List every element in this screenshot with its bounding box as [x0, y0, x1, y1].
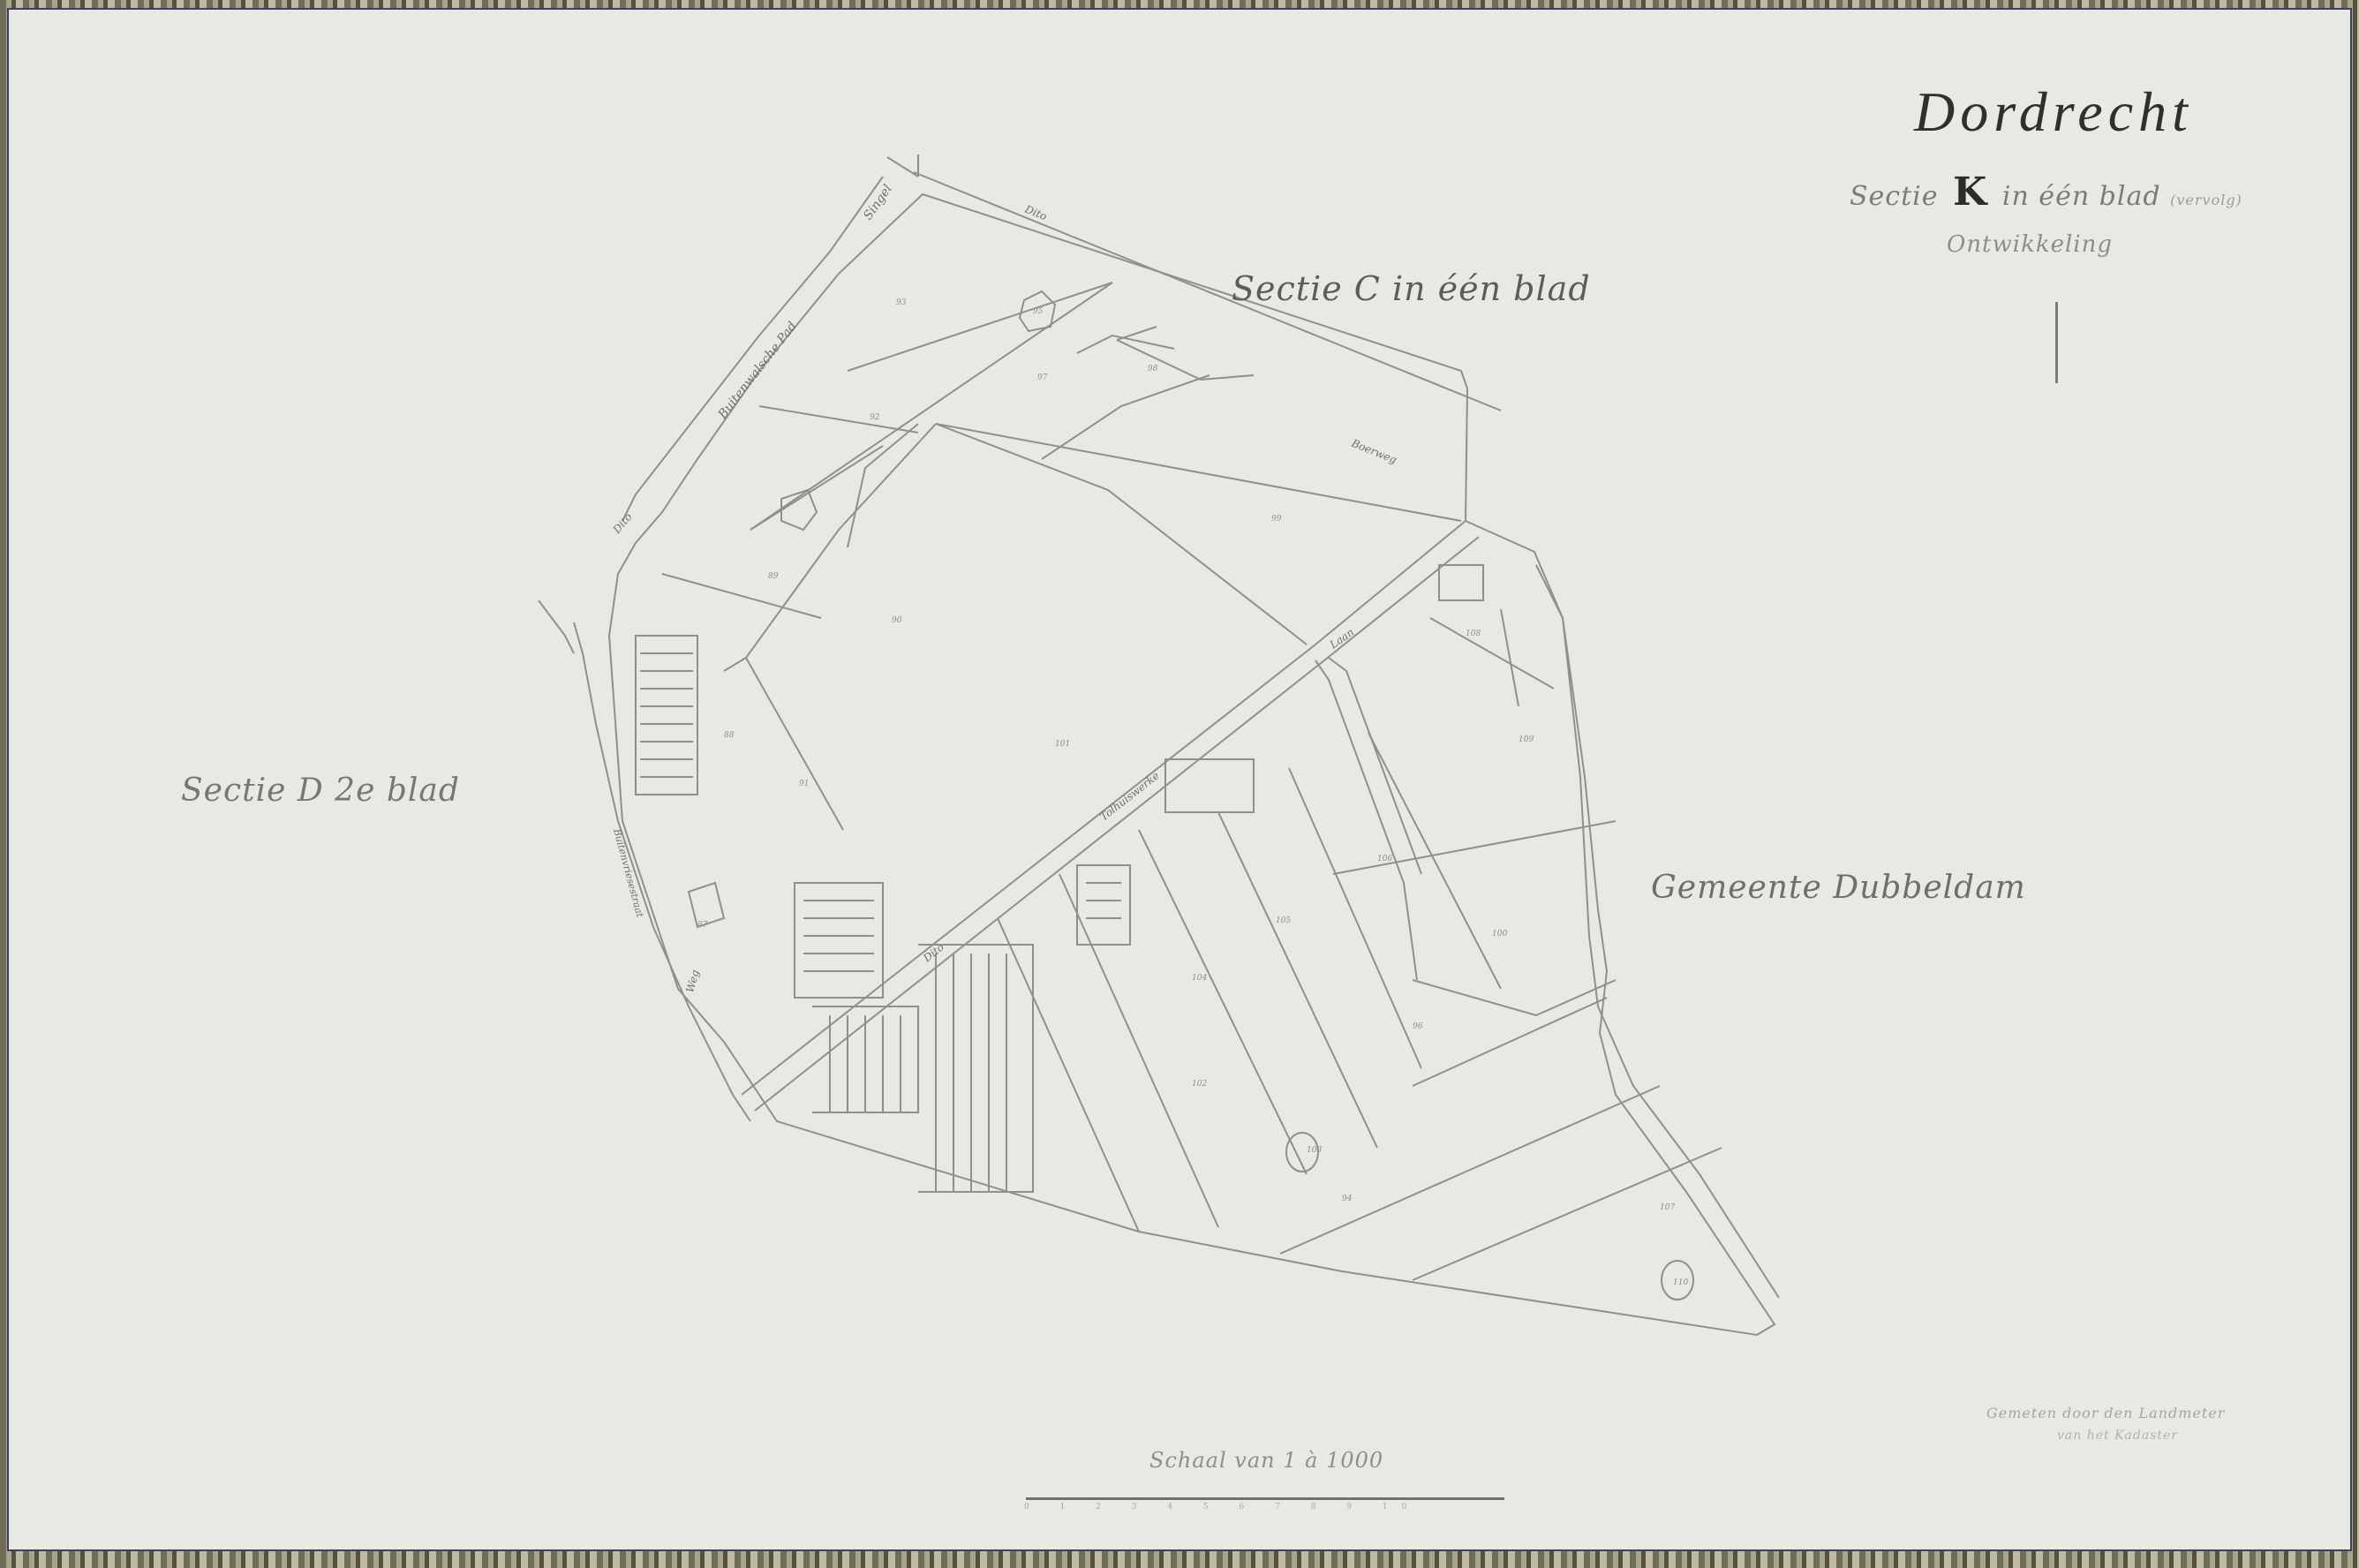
subtitle-prefix: Sectie: [1850, 181, 1939, 212]
svg-text:Weg: Weg: [683, 969, 701, 994]
svg-text:90: 90: [892, 616, 902, 625]
svg-text:93: 93: [896, 298, 907, 307]
scale-label: Schaal van 1 à 1000: [1149, 1448, 1383, 1473]
map-subtitle: Sectie K in één blad (vervolg): [1850, 170, 2242, 215]
svg-text:Dito: Dito: [1022, 202, 1049, 222]
scale-bar: [1026, 1497, 1504, 1500]
svg-text:110: 110: [1673, 1278, 1688, 1287]
svg-text:97: 97: [1037, 373, 1048, 382]
svg-text:Laan: Laan: [1327, 626, 1356, 652]
svg-text:91: 91: [799, 780, 809, 788]
svg-text:103: 103: [1307, 1146, 1322, 1155]
section-letter: K: [1948, 170, 1993, 215]
adjacent-section-north: Sectie C in één blad: [1232, 269, 1591, 308]
svg-text:Boerweg: Boerweg: [1349, 436, 1398, 466]
svg-text:108: 108: [1466, 629, 1481, 638]
svg-text:105: 105: [1276, 916, 1291, 925]
svg-text:Dito: Dito: [610, 510, 635, 536]
adjacent-municipality-east: Gemeente Dubbeldam: [1651, 870, 2026, 906]
svg-text:104: 104: [1192, 974, 1207, 983]
svg-text:98: 98: [1148, 365, 1158, 373]
map-subtitle-2: Ontwikkeling: [1947, 231, 2113, 258]
svg-text:99: 99: [1271, 515, 1282, 524]
svg-text:102: 102: [1192, 1080, 1207, 1089]
svg-text:107: 107: [1660, 1203, 1675, 1212]
svg-text:96: 96: [1413, 1022, 1423, 1031]
svg-text:Singel: Singel: [861, 182, 895, 222]
svg-text:106: 106: [1377, 855, 1392, 863]
svg-text:89: 89: [768, 572, 779, 581]
svg-text:101: 101: [1055, 740, 1070, 749]
margin-mark: [2055, 302, 2058, 383]
subtitle-suffix: in één blad: [2002, 181, 2161, 212]
svg-text:Buitenwalsche Pad: Buitenwalsche Pad: [715, 320, 800, 423]
svg-text:88: 88: [724, 731, 735, 740]
svg-text:92: 92: [870, 413, 880, 422]
subtitle-note: (vervolg): [2170, 192, 2242, 208]
adjacent-section-west: Sectie D 2e blad: [181, 773, 460, 809]
svg-text:109: 109: [1519, 735, 1534, 744]
surveyor-signature: Gemeten door den Landmeter: [1986, 1404, 2225, 1423]
svg-text:100: 100: [1492, 930, 1507, 939]
svg-text:95: 95: [1033, 307, 1044, 316]
surveyor-signature-line2: van het Kadaster: [2057, 1429, 2178, 1443]
map-title: Dordrecht: [1914, 79, 2193, 145]
svg-text:94: 94: [1342, 1195, 1353, 1203]
svg-text:87: 87: [697, 921, 708, 930]
scale-ticks: 0 1 2 3 4 5 6 7 8 9 10: [1024, 1503, 1421, 1511]
